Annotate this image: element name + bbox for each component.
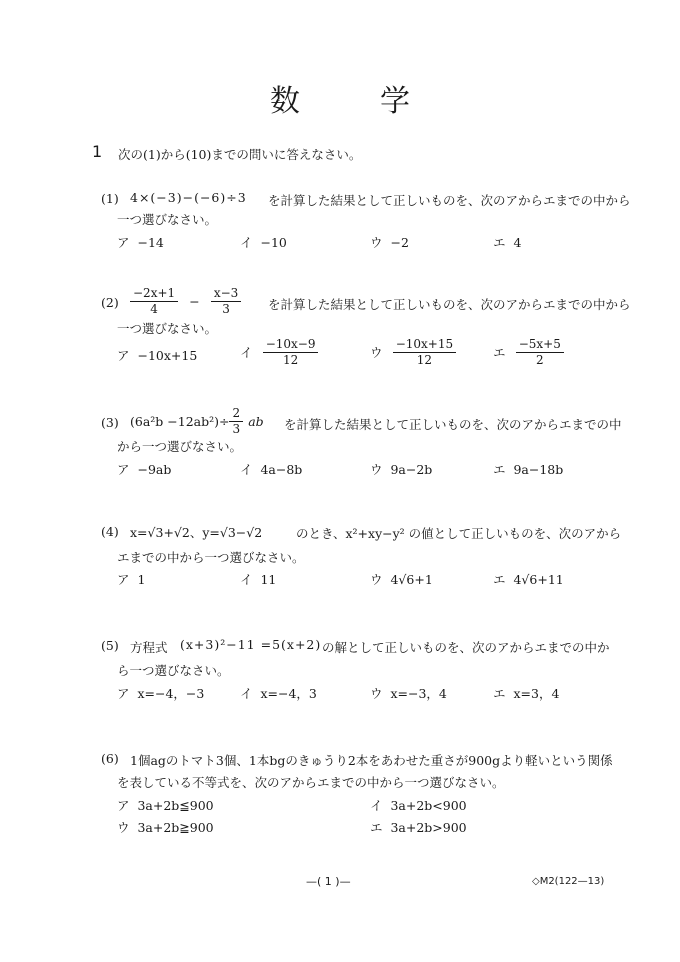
page-number: —( 1 )—	[306, 875, 351, 888]
q2-text-line2: 一つ選びなさい。	[117, 319, 217, 337]
q6-choice-e: エ 3a+2b>900	[370, 818, 467, 836]
q4-choice-i: イ 11	[240, 570, 276, 588]
q1-label: (1)	[101, 191, 119, 206]
q1-choice-a: ア −14	[117, 233, 164, 251]
choice-label: ア	[117, 235, 130, 250]
choice-label: エ	[493, 235, 506, 250]
choice-value: −2	[390, 235, 408, 250]
q2-choice-i: イ −10x−912	[240, 337, 318, 368]
choice-value: 4	[513, 235, 521, 250]
q2-label: (2)	[101, 295, 119, 310]
fraction: x−33	[211, 286, 241, 317]
q2-text-line1: を計算した結果として正しいものを、次のアからエまでの中から	[268, 295, 631, 313]
section-instruction: 次の(1)から(10)までの問いに答えなさい。	[118, 145, 361, 163]
q3-choice-i: イ 4a−8b	[240, 460, 302, 478]
q4-text-line1: のとき、x²+xy−y² の値として正しいものを、次のアから	[296, 524, 621, 542]
q3-text-line2: から一つ選びなさい。	[117, 437, 242, 455]
q4-choice-a: ア 1	[117, 570, 145, 588]
choice-label: イ	[240, 235, 253, 250]
page-title: 数学	[0, 76, 680, 120]
title-char-1: 数	[270, 76, 300, 120]
choice-value: −14	[137, 235, 163, 250]
q3-text-line1: を計算した結果として正しいものを、次のアからエまでの中	[284, 415, 622, 433]
q4-choice-e: エ 4√6+11	[493, 570, 564, 588]
q5-text-line1: の解として正しいものを、次のアからエまでの中か	[322, 638, 610, 656]
q6-choice-u: ウ 3a+2b≧900	[117, 818, 214, 836]
q5-text-line2: ら一つ選びなさい。	[117, 661, 230, 679]
q4-choice-u: ウ 4√6+1	[370, 570, 433, 588]
q1-text-line2: 一つ選びなさい。	[117, 210, 217, 228]
q1-expression: 4×(−3)−(−6)÷3	[130, 190, 247, 205]
choice-value: −10	[260, 235, 286, 250]
q6-label: (6)	[101, 751, 119, 766]
choice-label: ウ	[370, 235, 383, 250]
q6-text-line1: 1個agのトマト3個、1本bgのきゅうり2本をあわせた重さが900gより軽いとい…	[130, 751, 613, 769]
q1-text-line1: を計算した結果として正しいものを、次のアからエまでの中から	[268, 191, 631, 209]
q1-choice-e: エ 4	[493, 233, 521, 251]
q5-choice-i: イ x=−4，3	[240, 684, 317, 702]
q5-choice-u: ウ x=−3，4	[370, 684, 447, 702]
title-char-2: 学	[380, 76, 410, 120]
section-number: 1	[92, 142, 102, 161]
q3-label: (3)	[101, 415, 119, 430]
q4-label: (4)	[101, 524, 119, 539]
q6-choice-i: イ 3a+2b<900	[370, 796, 467, 814]
q6-text-line2: を表している不等式を、次のアからエまでの中から一つ選びなさい。	[117, 773, 505, 791]
q5-prefix: 方程式	[130, 638, 168, 656]
q5-choice-a: ア x=−4，−3	[117, 684, 204, 702]
q3-choice-e: エ 9a−18b	[493, 460, 563, 478]
exam-code: ◇M2(122—13)	[532, 876, 604, 887]
q5-choice-e: エ x=3，4	[493, 684, 559, 702]
q4-text-line2: エまでの中から一つ選びなさい。	[117, 548, 305, 566]
q5-label: (5)	[101, 638, 119, 653]
q3-choice-a: ア −9ab	[117, 460, 171, 478]
q2-choice-a: ア −10x+15	[117, 346, 197, 364]
q3-choice-u: ウ 9a−2b	[370, 460, 432, 478]
q5-equation: (x+3)²−11 =5(x+2)	[180, 637, 321, 652]
q2-choice-e: エ −5x+52	[493, 337, 564, 368]
q6-choice-a: ア 3a+2b≦900	[117, 796, 214, 814]
q2-choice-u: ウ −10x+1512	[370, 337, 456, 368]
fraction: −2x+14	[130, 286, 178, 317]
q4-given: x=√3+√2、y=√3−√2	[130, 523, 262, 541]
q1-choice-u: ウ −2	[370, 233, 409, 251]
q3-expression: (6a²b −12ab²)÷23 ab	[130, 406, 264, 437]
q2-expression: −2x+14 − x−33	[130, 286, 241, 317]
q1-choice-i: イ −10	[240, 233, 287, 251]
